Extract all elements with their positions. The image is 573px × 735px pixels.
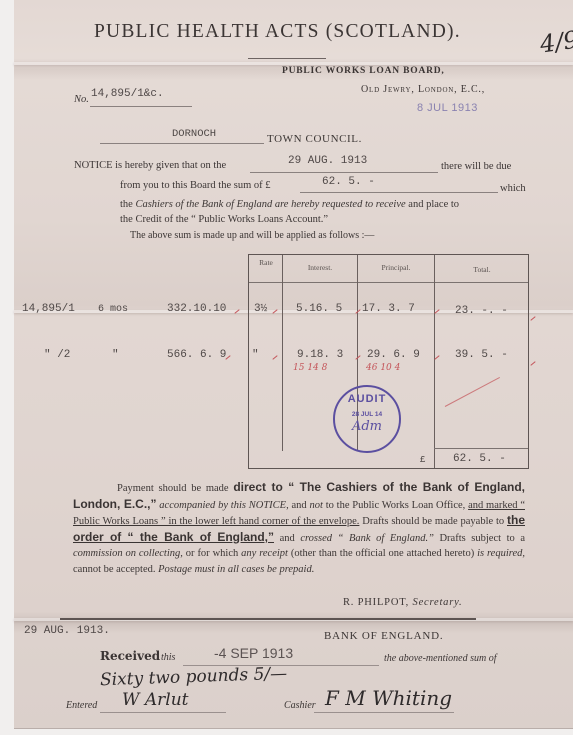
secretary-name: R. PHILPOT, bbox=[343, 597, 409, 608]
row2-term: " bbox=[112, 349, 119, 361]
payment-instructions: Payment should be made direct to “ The C… bbox=[73, 480, 525, 577]
text: cannot be accepted. bbox=[73, 564, 158, 575]
row1-rate: 3½ bbox=[254, 303, 267, 315]
notice-line1-suffix: there will be due bbox=[441, 161, 511, 172]
header-interest: Interest. bbox=[284, 263, 356, 272]
above-label: the above-mentioned sum of bbox=[384, 653, 496, 664]
made-up-text: The above sum is made up and will be app… bbox=[130, 230, 374, 241]
due-date: 29 AUG. 1913 bbox=[288, 155, 367, 167]
row1-term: 6 mos bbox=[98, 304, 128, 315]
header-total: Total. bbox=[436, 265, 528, 274]
text-italic: commission on collecting, bbox=[73, 548, 183, 559]
pound-symbol: £ bbox=[420, 455, 425, 465]
col-divider bbox=[282, 255, 283, 451]
text: the bbox=[120, 199, 135, 210]
text-italic: Cashiers of the Bank of England are here… bbox=[135, 199, 405, 210]
sum-underline bbox=[300, 192, 498, 193]
audit-label: AUDIT bbox=[335, 393, 399, 405]
row2-rate: " bbox=[252, 349, 259, 361]
due-sum: 62. 5. - bbox=[322, 176, 375, 188]
row2-interest: 9.18. 3 bbox=[297, 349, 343, 361]
row1-balance: 332.10.10 bbox=[167, 303, 226, 315]
text-italic: is required, bbox=[477, 548, 525, 559]
text: and place to bbox=[406, 199, 459, 210]
row2-principal: 29. 6. 9 bbox=[367, 349, 420, 361]
document-title: PUBLIC HEALTH ACTS (SCOTLAND). bbox=[94, 21, 461, 43]
row1-loan: 14,895/1 bbox=[22, 303, 75, 315]
secretary-signature: R. PHILPOT, Secretary. bbox=[343, 597, 462, 608]
text: and bbox=[289, 500, 310, 511]
margin-note: 4/9 bbox=[538, 25, 573, 58]
text: Drafts should be made payable to bbox=[359, 516, 507, 527]
notice-prefix: NOTICE is hereby given that on the bbox=[74, 160, 226, 171]
council-suffix: TOWN COUNCIL. bbox=[267, 133, 362, 145]
row2-loan: " /2 bbox=[44, 349, 70, 361]
total-rule bbox=[434, 448, 528, 449]
header-principal: Principal. bbox=[358, 263, 434, 272]
table-header-rule bbox=[249, 282, 528, 283]
text: or for which bbox=[183, 548, 241, 559]
text-italic: any receipt bbox=[241, 548, 288, 559]
notice-line2-suffix: which bbox=[500, 183, 526, 194]
text: Payment should be made bbox=[117, 483, 233, 494]
received-date: -4 SEP 1913 bbox=[214, 645, 293, 661]
text-italic: Postage must in all cases be prepaid. bbox=[158, 564, 314, 575]
col-divider bbox=[434, 255, 435, 468]
notice-line-4: the Credit of the “ Public Works Loans A… bbox=[120, 214, 328, 225]
entered-signature: W Arlut bbox=[122, 690, 189, 710]
receipt-divider bbox=[60, 618, 476, 620]
council-name: DORNOCH bbox=[172, 128, 216, 140]
this-label: this bbox=[161, 652, 175, 663]
bank-name: BANK OF ENGLAND. bbox=[324, 630, 443, 642]
text: to the Public Works Loan Office, bbox=[323, 500, 468, 511]
row1-interest: 5.16. 5 bbox=[296, 303, 342, 315]
board-name: PUBLIC WORKS LOAN BOARD, bbox=[282, 66, 445, 76]
number-label: No. bbox=[74, 94, 89, 105]
text-italic: crossed “ Bank of England.” bbox=[300, 533, 434, 544]
text-italic: accompanied by this NOTICE, bbox=[157, 500, 289, 511]
grand-total: 62. 5. - bbox=[453, 453, 506, 465]
title-rule bbox=[248, 58, 326, 59]
due-date-underline bbox=[250, 172, 438, 173]
received-label: Received bbox=[100, 649, 160, 663]
text: (other than the official one attached he… bbox=[288, 548, 477, 559]
entered-label: Entered bbox=[66, 700, 97, 711]
red-principal-sum: 46 10 4 bbox=[366, 363, 400, 373]
text: and bbox=[274, 533, 300, 544]
header-rate: Rate bbox=[252, 258, 280, 267]
council-underline bbox=[100, 143, 264, 144]
audit-date: 28 JUL 14 bbox=[335, 411, 399, 418]
audit-initials: Adm bbox=[335, 419, 399, 434]
notice-line-1: NOTICE is hereby given that on the bbox=[74, 160, 226, 171]
cashier-label: Cashier bbox=[284, 700, 316, 711]
cashier-line bbox=[314, 712, 454, 713]
text: Drafts subject to a bbox=[434, 533, 525, 544]
row1-principal: 17. 3. 7 bbox=[362, 303, 415, 315]
audit-stamp: AUDIT 28 JUL 14 Adm bbox=[333, 385, 401, 453]
receipt-date: 29 AUG. 1913. bbox=[24, 625, 110, 637]
row2-total: 39. 5. - bbox=[455, 349, 508, 361]
loan-number: 14,895/1&c. bbox=[91, 88, 164, 100]
board-address: Old Jewry, London, E.C., bbox=[361, 84, 485, 95]
red-interest-sum: 15 14 8 bbox=[293, 363, 327, 373]
notice-line2-prefix: from you to this Board the sum of £ bbox=[120, 180, 271, 191]
notice-line-3: the Cashiers of the Bank of England are … bbox=[120, 199, 459, 210]
secretary-role: Secretary. bbox=[413, 597, 463, 608]
entered-line bbox=[100, 712, 226, 713]
row2-balance: 566. 6. 9 bbox=[167, 349, 226, 361]
received-date-stamp: 8 JUL 1913 bbox=[417, 102, 478, 114]
number-underline bbox=[90, 106, 192, 107]
row1-total: 23. -. - bbox=[455, 305, 508, 317]
cashier-signature: F M Whiting bbox=[325, 686, 452, 710]
paper-fold bbox=[14, 62, 573, 65]
text-italic: not bbox=[309, 500, 322, 511]
